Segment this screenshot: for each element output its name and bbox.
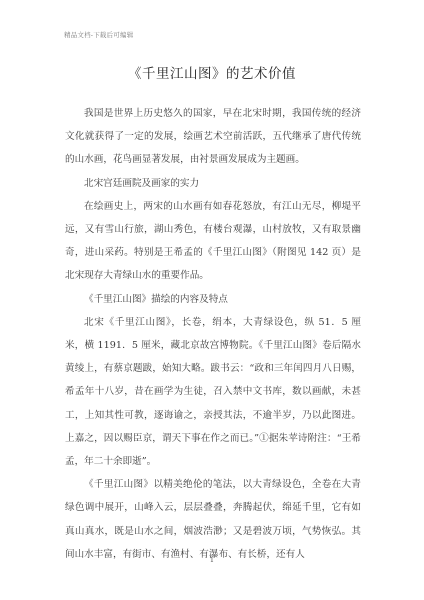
- section-heading-content: 《千里江山图》描绘的内容及特点: [65, 288, 361, 311]
- header-note: 精品文档-下载后可编辑: [64, 30, 133, 39]
- document-body: 我国是世界上历史悠久的国家，早在北宋时期，我国传统的经济文化就获得了一定的发展，…: [65, 102, 361, 566]
- page-number: 1: [0, 556, 424, 564]
- document-title: 《千里江山图》的艺术价值: [0, 62, 424, 82]
- paragraph-intro: 我国是世界上历史悠久的国家，早在北宋时期，我国传统的经济文化就获得了一定的发展，…: [65, 102, 361, 172]
- paragraph-scroll-details: 北宋《千里江山图》，长卷，绢本，大青绿设色，纵 51．5 厘米，横 1191．5…: [65, 311, 361, 473]
- paragraph-artistic-style: 《千里江山图》以精美绝伦的笔法，以大青绿设色，全卷在大青绿色调中展开，山峰入云，…: [65, 473, 361, 566]
- section-heading-academy: 北宋宫廷画院及画家的实力: [65, 172, 361, 195]
- paragraph-landscape-history: 在绘画史上，两宋的山水画有如春花怒放，有江山无尽，柳堤平远，又有雪山行旅，湖山秀…: [65, 195, 361, 288]
